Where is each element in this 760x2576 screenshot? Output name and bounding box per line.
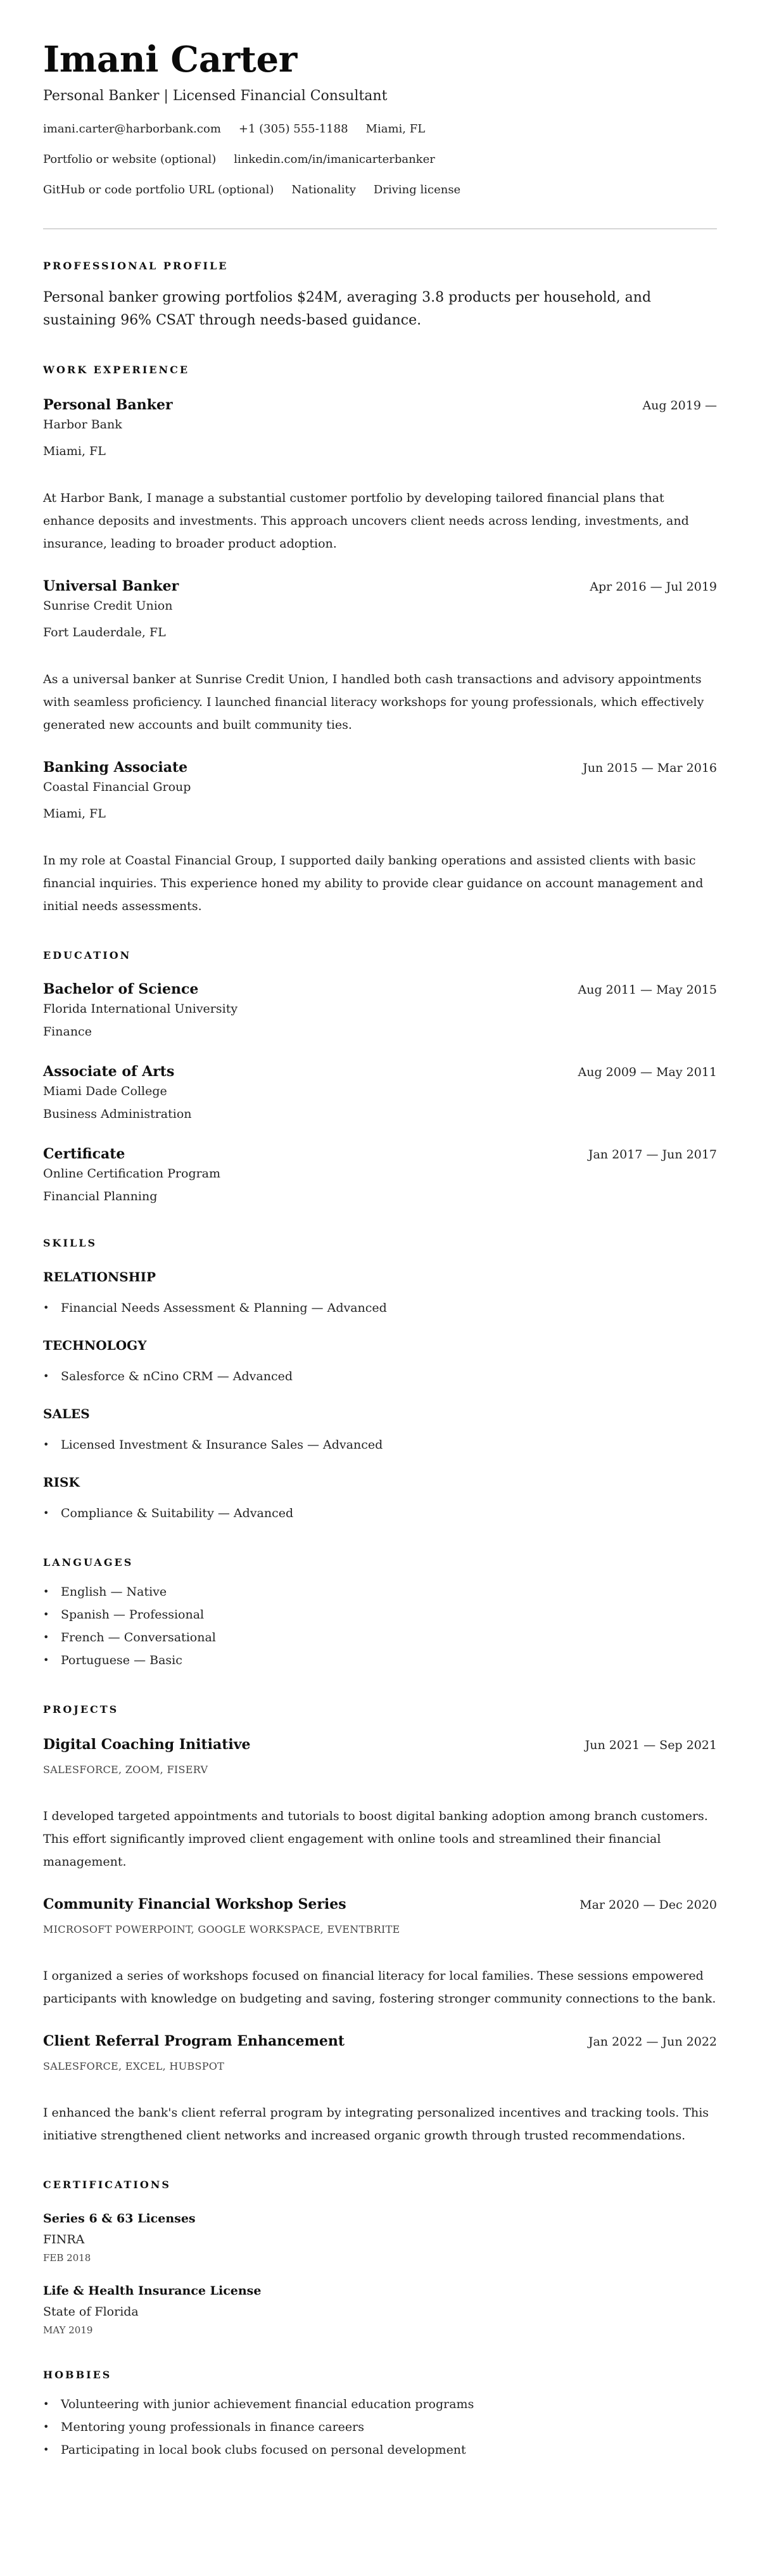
header-divider xyxy=(43,228,717,229)
experience-entry: Banking AssociateJun 2015 — Mar 2016Coas… xyxy=(43,758,717,918)
section-title: Hobbies xyxy=(43,2369,717,2381)
section-title: Skills xyxy=(43,1237,717,1250)
education-entry: CertificateJan 2017 — Jun 2017Online Cer… xyxy=(43,1144,717,1205)
certification-issuer: State of Florida xyxy=(43,2303,717,2321)
candidate-name: Imani Carter xyxy=(43,37,717,82)
skill-group: RelationshipFinancial Needs Assessment &… xyxy=(43,1269,717,1319)
degree-name: Associate of Arts xyxy=(43,1062,174,1081)
language-item: Spanish — Professional xyxy=(61,1603,717,1626)
experience-entry: Personal BankerAug 2019 —Harbor BankMiam… xyxy=(43,395,717,555)
certification-name: Life & Health Insurance License xyxy=(43,2283,717,2299)
candidate-headline: Personal Banker | Licensed Financial Con… xyxy=(43,86,717,106)
languages-list: English — NativeSpanish — ProfessionalFr… xyxy=(43,1580,717,1672)
company-name: Coastal Financial Group xyxy=(43,778,717,796)
school-name: Miami Dade College xyxy=(43,1082,717,1100)
project-dates: Jan 2022 — Jun 2022 xyxy=(588,2035,717,2049)
project-entry: Community Financial Workshop SeriesMar 2… xyxy=(43,1895,717,2010)
hobby-item: Mentoring young professionals in finance… xyxy=(61,2416,717,2438)
certification-date: May 2019 xyxy=(43,2323,717,2337)
project-description: I enhanced the bank's client referral pr… xyxy=(43,2101,717,2147)
nationality: Nationality xyxy=(291,183,356,198)
email-link[interactable]: imani.carter@harborbank.com xyxy=(43,122,221,137)
skill-category: Risk xyxy=(43,1474,717,1490)
resume-page: Imani Carter Personal Banker | Licensed … xyxy=(0,0,760,2499)
project-name: Client Referral Program Enhancement xyxy=(43,2032,345,2051)
location: Miami, FL xyxy=(366,122,426,137)
experience-section: Work Experience Personal BankerAug 2019 … xyxy=(43,364,717,918)
skills-section: Skills RelationshipFinancial Needs Asses… xyxy=(43,1237,717,1525)
education-list: Bachelor of ScienceAug 2011 — May 2015Fl… xyxy=(43,980,717,1205)
language-item: Portuguese — Basic xyxy=(61,1649,717,1672)
skill-list: Licensed Investment & Insurance Sales — … xyxy=(43,1433,717,1456)
entry-header: Associate of ArtsAug 2009 — May 2011 xyxy=(43,1062,717,1081)
experience-entry: Universal BankerApr 2016 — Jul 2019Sunri… xyxy=(43,577,717,736)
hobbies-list: Volunteering with junior achievement fin… xyxy=(43,2393,717,2461)
language-item: English — Native xyxy=(61,1580,717,1603)
skill-list: Compliance & Suitability — Advanced xyxy=(43,1502,717,1525)
project-dates: Jun 2021 — Sep 2021 xyxy=(585,1738,717,1752)
section-title: Certifications xyxy=(43,2179,717,2191)
job-title: Personal Banker xyxy=(43,395,173,414)
project-tools: Salesforce, Excel, HubSpot xyxy=(43,2060,717,2073)
hobby-item: Volunteering with junior achievement fin… xyxy=(61,2393,717,2416)
education-entry: Associate of ArtsAug 2009 — May 2011Miam… xyxy=(43,1062,717,1123)
skill-item: Licensed Investment & Insurance Sales — … xyxy=(61,1433,717,1456)
company-name: Harbor Bank xyxy=(43,416,717,433)
entry-header: Banking AssociateJun 2015 — Mar 2016 xyxy=(43,758,717,777)
section-title: Professional Profile xyxy=(43,260,717,272)
entry-header: Universal BankerApr 2016 — Jul 2019 xyxy=(43,577,717,596)
project-name: Community Financial Workshop Series xyxy=(43,1895,346,1914)
job-location: Miami, FL xyxy=(43,442,717,460)
degree-name: Certificate xyxy=(43,1144,125,1163)
job-dates: Apr 2016 — Jul 2019 xyxy=(590,580,717,594)
company-name: Sunrise Credit Union xyxy=(43,597,717,615)
certification-issuer: FINRA xyxy=(43,2231,717,2248)
job-location: Fort Lauderdale, FL xyxy=(43,624,717,641)
skill-category: Technology xyxy=(43,1337,717,1354)
entry-header: Personal BankerAug 2019 — xyxy=(43,395,717,414)
hobby-item: Participating in local book clubs focuse… xyxy=(61,2438,717,2461)
project-tools: Microsoft PowerPoint, Google Workspace, … xyxy=(43,1923,717,1937)
entry-header: Digital Coaching InitiativeJun 2021 — Se… xyxy=(43,1735,717,1754)
section-title: Projects xyxy=(43,1703,717,1716)
certifications-list: Series 6 & 63 LicensesFINRAFeb 2018Life … xyxy=(43,2210,717,2337)
certification-date: Feb 2018 xyxy=(43,2251,717,2265)
project-tools: Salesforce, Zoom, Fiserv xyxy=(43,1763,717,1777)
job-description: As a universal banker at Sunrise Credit … xyxy=(43,668,717,736)
contact-row: imani.carter@harborbank.com +1 (305) 555… xyxy=(43,122,717,137)
portfolio-link[interactable]: Portfolio or website (optional) xyxy=(43,152,216,167)
education-dates: Aug 2011 — May 2015 xyxy=(578,983,717,997)
section-title: Work Experience xyxy=(43,364,717,376)
skill-category: Sales xyxy=(43,1406,717,1422)
languages-section: Languages English — NativeSpanish — Prof… xyxy=(43,1556,717,1672)
certification-entry: Series 6 & 63 LicensesFINRAFeb 2018 xyxy=(43,2210,717,2265)
project-entry: Client Referral Program EnhancementJan 2… xyxy=(43,2032,717,2147)
experience-list: Personal BankerAug 2019 —Harbor BankMiam… xyxy=(43,395,717,918)
section-title: Languages xyxy=(43,1556,717,1569)
certifications-section: Certifications Series 6 & 63 LicensesFIN… xyxy=(43,2179,717,2337)
resume-header: Imani Carter Personal Banker | Licensed … xyxy=(43,37,717,229)
skill-group: SalesLicensed Investment & Insurance Sal… xyxy=(43,1406,717,1456)
phone-number[interactable]: +1 (305) 555-1188 xyxy=(239,122,348,137)
project-description: I developed targeted appointments and tu… xyxy=(43,1805,717,1873)
hobbies-section: Hobbies Volunteering with junior achieve… xyxy=(43,2369,717,2461)
job-location: Miami, FL xyxy=(43,805,717,823)
language-item: French — Conversational xyxy=(61,1626,717,1649)
contact-row: Portfolio or website (optional) linkedin… xyxy=(43,152,717,167)
certification-name: Series 6 & 63 Licenses xyxy=(43,2210,717,2227)
degree-name: Bachelor of Science xyxy=(43,980,198,999)
project-dates: Mar 2020 — Dec 2020 xyxy=(579,1898,717,1912)
profile-section: Professional Profile Personal banker gro… xyxy=(43,260,717,332)
project-name: Digital Coaching Initiative xyxy=(43,1735,251,1754)
field-of-study: Business Administration xyxy=(43,1105,717,1123)
job-title: Universal Banker xyxy=(43,577,179,596)
linkedin-link[interactable]: linkedin.com/in/imanicarterbanker xyxy=(234,152,435,167)
project-entry: Digital Coaching InitiativeJun 2021 — Se… xyxy=(43,1735,717,1873)
school-name: Florida International University xyxy=(43,1000,717,1018)
skill-category: Relationship xyxy=(43,1269,717,1285)
github-link[interactable]: GitHub or code portfolio URL (optional) xyxy=(43,183,274,198)
education-dates: Aug 2009 — May 2011 xyxy=(578,1065,717,1079)
skill-group: RiskCompliance & Suitability — Advanced xyxy=(43,1474,717,1525)
projects-list: Digital Coaching InitiativeJun 2021 — Se… xyxy=(43,1735,717,2147)
profile-summary: Personal banker growing portfolios $24M,… xyxy=(43,286,717,332)
section-title: Education xyxy=(43,949,717,962)
skill-item: Financial Needs Assessment & Planning — … xyxy=(61,1297,717,1319)
projects-section: Projects Digital Coaching InitiativeJun … xyxy=(43,1703,717,2147)
skills-list: RelationshipFinancial Needs Assessment &… xyxy=(43,1269,717,1525)
job-dates: Jun 2015 — Mar 2016 xyxy=(583,761,717,775)
education-dates: Jan 2017 — Jun 2017 xyxy=(588,1148,717,1162)
skill-list: Salesforce & nCino CRM — Advanced xyxy=(43,1365,717,1388)
job-title: Banking Associate xyxy=(43,758,187,777)
entry-header: Bachelor of ScienceAug 2011 — May 2015 xyxy=(43,980,717,999)
skill-list: Financial Needs Assessment & Planning — … xyxy=(43,1297,717,1319)
driving-license: Driving license xyxy=(374,183,460,198)
school-name: Online Certification Program xyxy=(43,1165,717,1182)
entry-header: Community Financial Workshop SeriesMar 2… xyxy=(43,1895,717,1914)
project-description: I organized a series of workshops focuse… xyxy=(43,1964,717,2010)
certification-entry: Life & Health Insurance LicenseState of … xyxy=(43,2283,717,2337)
skill-group: TechnologySalesforce & nCino CRM — Advan… xyxy=(43,1337,717,1388)
entry-header: Client Referral Program EnhancementJan 2… xyxy=(43,2032,717,2051)
job-dates: Aug 2019 — xyxy=(642,399,717,413)
field-of-study: Finance xyxy=(43,1023,717,1041)
job-description: At Harbor Bank, I manage a substantial c… xyxy=(43,487,717,555)
job-description: In my role at Coastal Financial Group, I… xyxy=(43,849,717,918)
education-section: Education Bachelor of ScienceAug 2011 — … xyxy=(43,949,717,1205)
skill-item: Salesforce & nCino CRM — Advanced xyxy=(61,1365,717,1388)
skill-item: Compliance & Suitability — Advanced xyxy=(61,1502,717,1525)
contact-row: GitHub or code portfolio URL (optional) … xyxy=(43,183,717,198)
education-entry: Bachelor of ScienceAug 2011 — May 2015Fl… xyxy=(43,980,717,1041)
entry-header: CertificateJan 2017 — Jun 2017 xyxy=(43,1144,717,1163)
field-of-study: Financial Planning xyxy=(43,1188,717,1205)
